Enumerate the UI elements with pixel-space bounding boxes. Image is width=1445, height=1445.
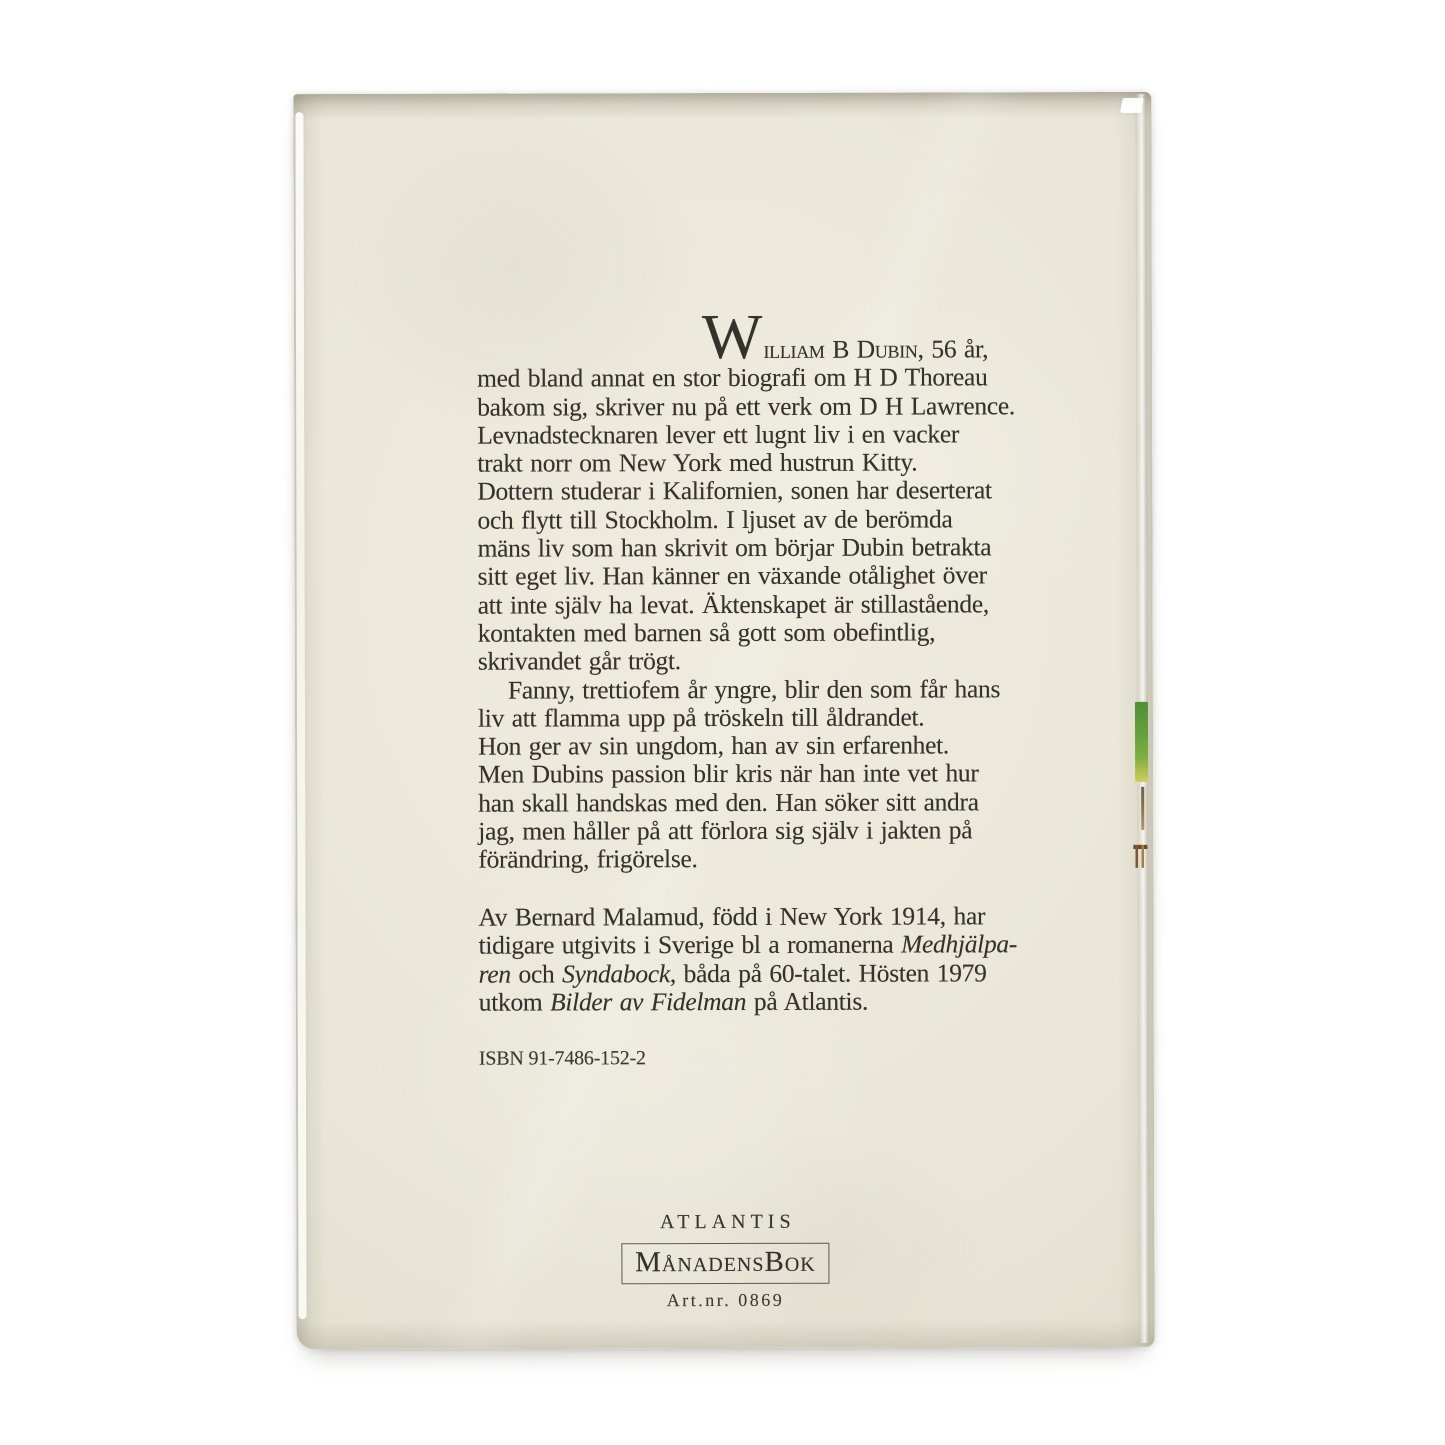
blurb-line: skrivandet går trögt. xyxy=(478,646,1023,676)
book-title-italic: Bilder av Fidelman xyxy=(550,987,746,1017)
spine-artwork-green-strip xyxy=(1135,702,1148,782)
author-text: utkom xyxy=(479,987,550,1016)
blurb-line: Men Dubins passion blir kris när han int… xyxy=(478,760,1023,790)
author-line: utkom Bilder av Fidelman på Atlantis. xyxy=(479,987,1024,1017)
photo-canvas: William B Dubin, 56 år, med bland annat … xyxy=(0,0,1445,1445)
author-text: tidigare utgivits i Sverige bl a romaner… xyxy=(479,930,902,960)
publisher-block: ATLANTIS MånadensBok Art.nr. 0869 xyxy=(296,1210,1154,1312)
blurb-line: kontakten med barnen så gott som obefint… xyxy=(478,618,1023,648)
author-note: Av Bernard Malamud, född i New York 1914… xyxy=(478,902,1023,1017)
author-text: och xyxy=(511,959,562,988)
blurb-line: Dottern studerar i Kalifornien, sonen ha… xyxy=(477,477,1022,507)
author-text: Av Bernard Malamud, född i New York 1914… xyxy=(478,901,985,931)
author-line: ren och Syndabock, båda på 60-talet. Hös… xyxy=(479,959,1024,989)
blurb-line: förändring, frigörelse. xyxy=(478,845,1023,875)
blurb-text: William B Dubin, 56 år, med bland annat … xyxy=(477,335,1023,874)
blurb-line: att inte själv ha levat. Äktenskapet är … xyxy=(478,590,1023,620)
author-text: på Atlantis. xyxy=(746,987,868,1016)
spine-artwork-stem xyxy=(1141,787,1144,830)
bookclub-logo-text: MånadensBok xyxy=(635,1246,816,1278)
blurb-line: liv att flamma upp på tröskeln till åldr… xyxy=(478,703,1023,733)
blurb-line: trakt norr om New York med hustrun Kitty… xyxy=(477,448,1022,478)
drop-cap-w: W xyxy=(702,301,763,372)
blurb-opening-line: William B Dubin, 56 år, xyxy=(477,335,1022,365)
blurb-line: bakom sig, skriver nu på ett verk om D H… xyxy=(477,392,1022,422)
article-number: Art.nr. 0869 xyxy=(296,1289,1154,1312)
blurb-line: Levnadstecknaren lever ett lugnt liv i e… xyxy=(477,420,1022,450)
author-line: tidigare utgivits i Sverige bl a romaner… xyxy=(479,931,1024,961)
bookclub-logo-box: MånadensBok xyxy=(621,1243,830,1285)
blurb-line: jag, men håller på att förlora sig själv… xyxy=(478,816,1023,846)
blurb-line: Fanny, trettiofem år yngre, blir den som… xyxy=(478,675,1023,705)
blurb-line: sitt eget liv. Han känner en växande otå… xyxy=(478,562,1023,592)
publisher-name: ATLANTIS xyxy=(296,1210,1154,1235)
jacket-corner-gap xyxy=(1120,98,1144,113)
blurb-line: Hon ger av sin ungdom, han av sin erfare… xyxy=(478,731,1023,761)
book-title-italic: Medhjälpa- xyxy=(901,930,1017,959)
opening-small-caps: illiam B Dubin xyxy=(763,334,917,363)
blurb-line: med bland annat en stor biografi om H D … xyxy=(477,364,1022,394)
author-text: , båda på 60-talet. Hösten 1979 xyxy=(670,958,987,988)
spine-artwork-mark xyxy=(1133,845,1147,868)
blurb-line: han skall handskas med den. Han söker si… xyxy=(478,788,1023,818)
blurb-line: mäns liv som han skrivit om börjar Dubin… xyxy=(478,533,1023,563)
opening-tail: , 56 år, xyxy=(918,334,989,363)
book-title-italic: Syndabock xyxy=(562,959,670,988)
book-title-italic: ren xyxy=(479,959,511,988)
isbn-text: ISBN 91-7486-152-2 xyxy=(479,1047,646,1070)
author-line: Av Bernard Malamud, född i New York 1914… xyxy=(478,902,1023,932)
blurb-line: och flytt till Stockholm. I ljuset av de… xyxy=(477,505,1022,535)
book-back-cover: William B Dubin, 56 år, med bland annat … xyxy=(293,92,1154,1349)
